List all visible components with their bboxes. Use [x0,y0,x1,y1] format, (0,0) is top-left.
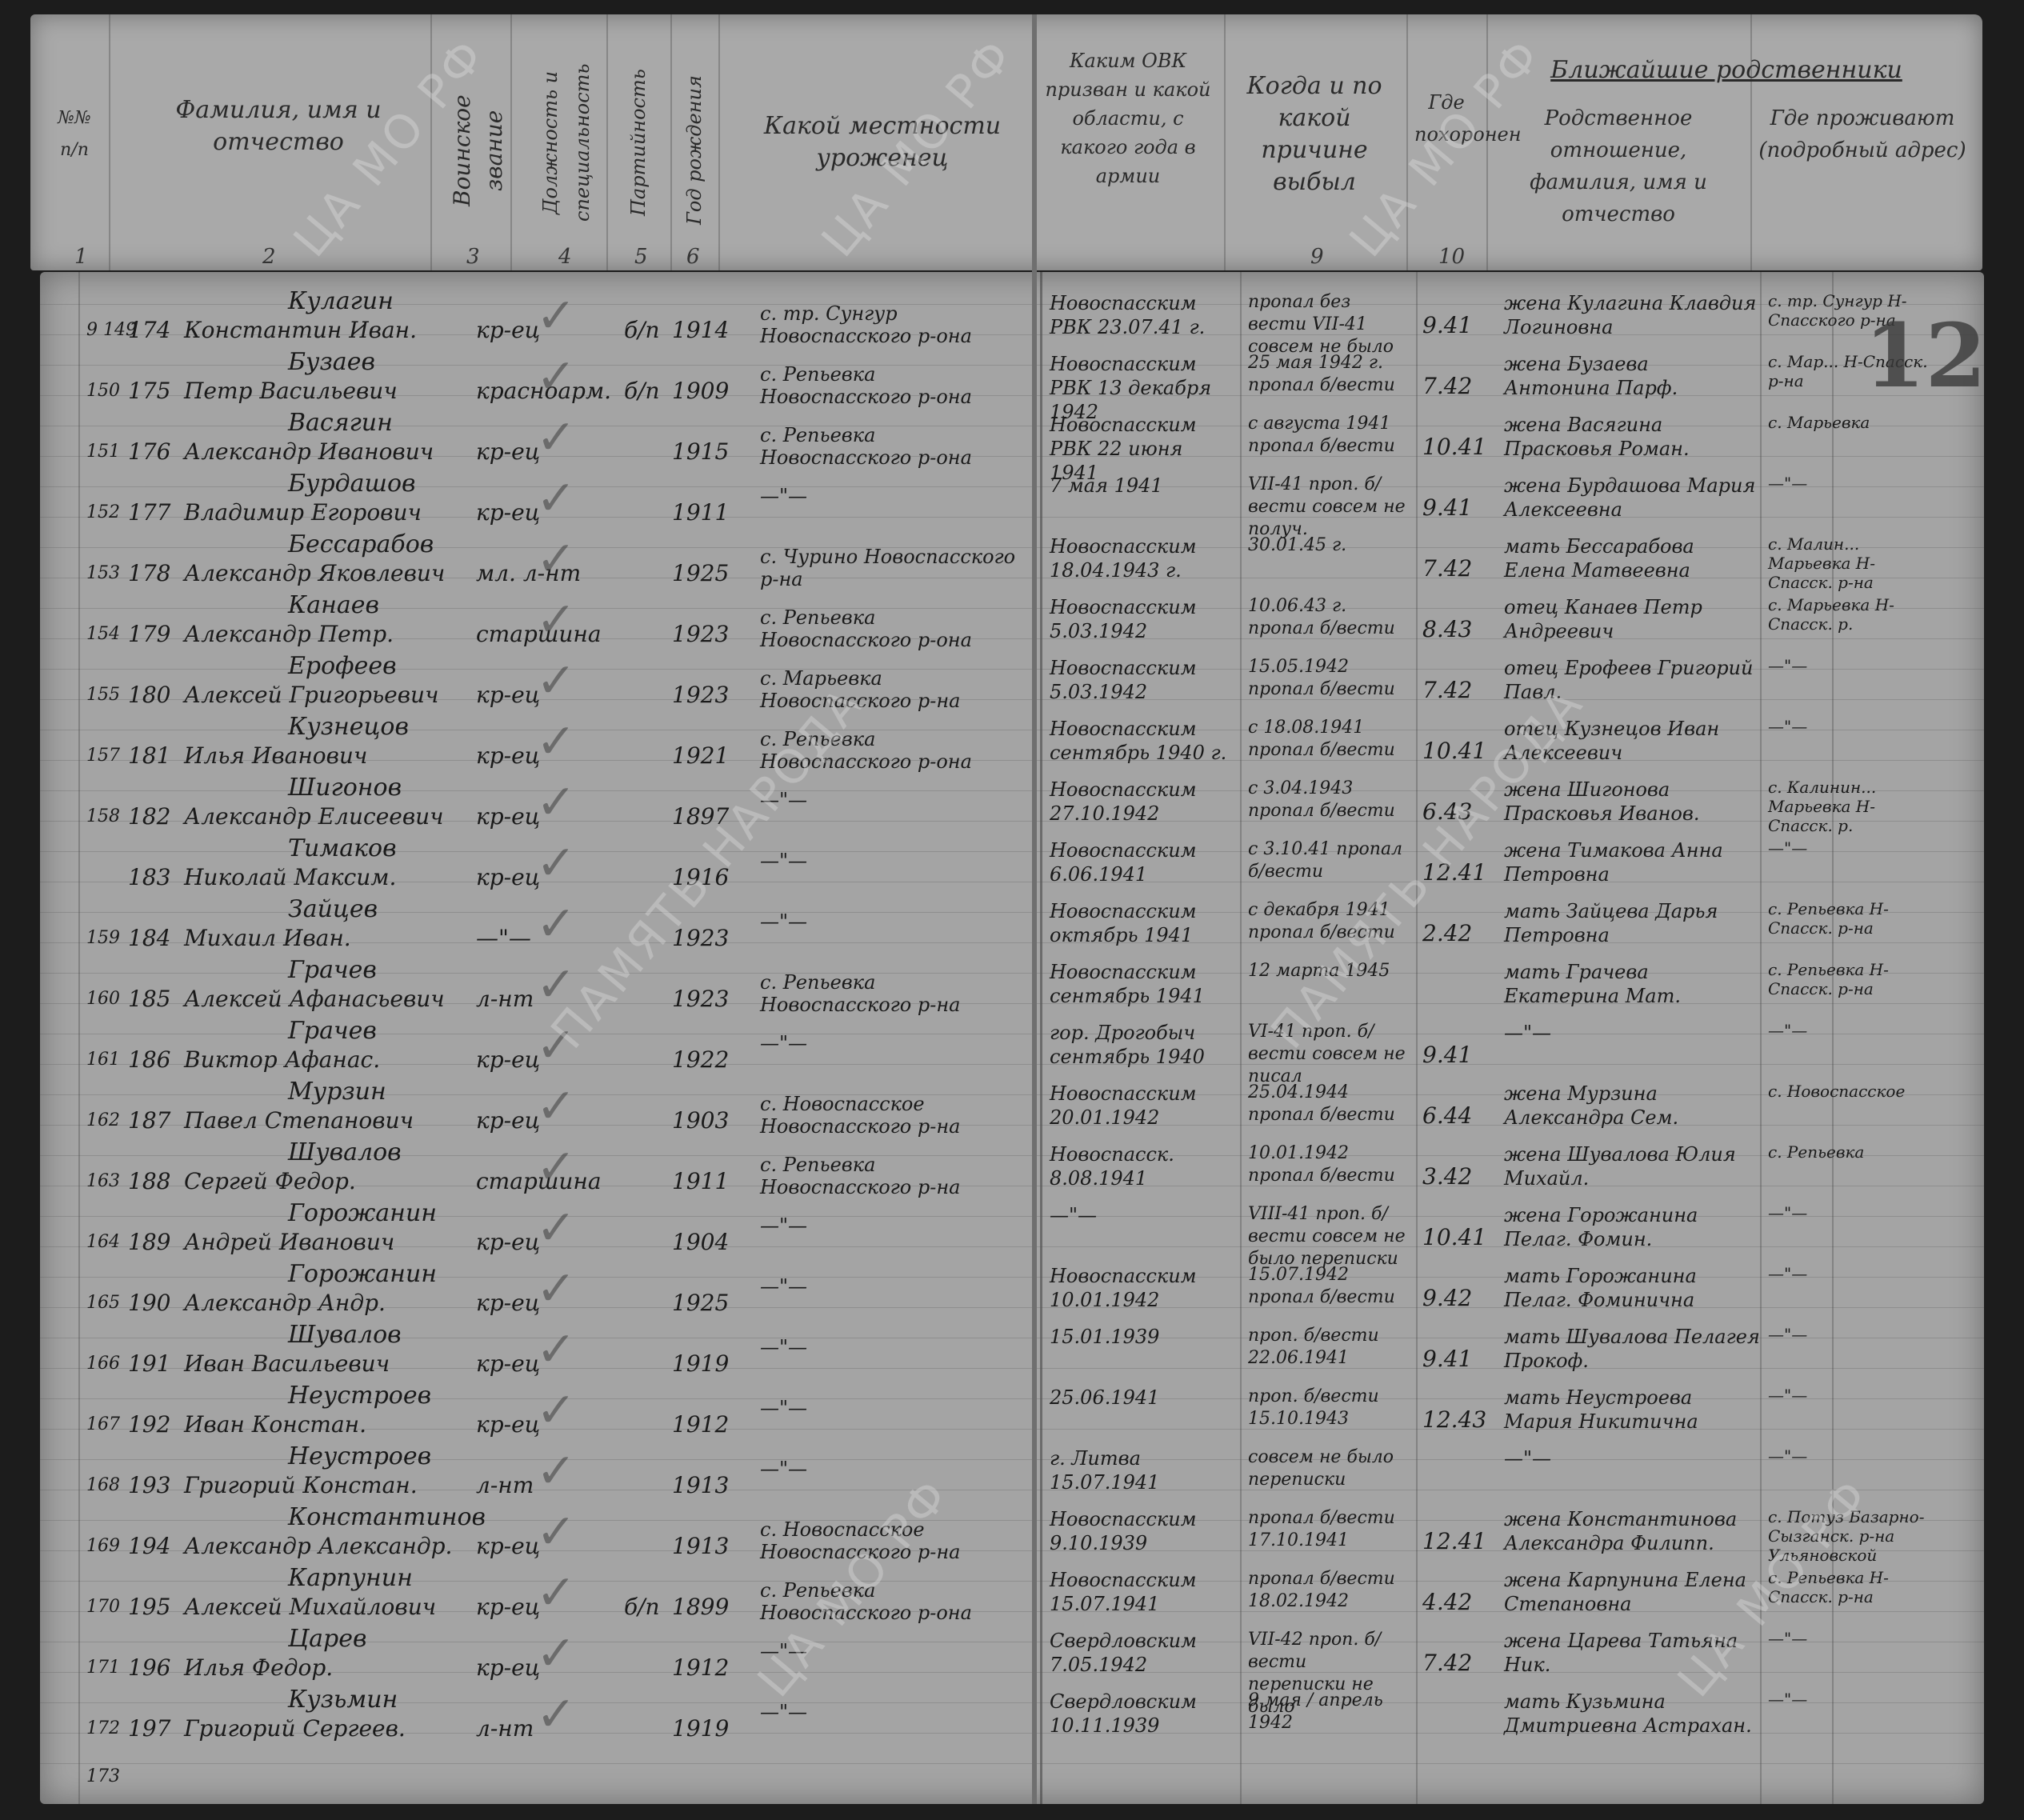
fate: проп. б/вести 22.06.1941 [1248,1325,1408,1370]
register-row: 167 192 Неустроев Иван Констан. кр-ец 19… [40,1382,1984,1440]
fate: пропал б/вести 17.10.1941 [1248,1507,1408,1552]
entry-number: 191 [128,1350,170,1378]
address: —"— [1768,1264,1936,1283]
first-patronymic: Александр Андр. [184,1290,386,1317]
ovk: Новоспасским 15.07.1941 [1050,1568,1234,1616]
birth-year: 1912 [672,1411,729,1438]
party: б/п [624,378,660,405]
birth-year: 1913 [672,1533,729,1560]
fate: пропал б/вести 18.02.1942 [1248,1568,1408,1613]
birth-year: 1922 [672,1046,729,1074]
margin-note: 170 [86,1594,120,1621]
rank: кр-ец [476,1290,540,1317]
surname: Шувалов [288,1322,402,1349]
ovk: —"— [1050,1203,1234,1227]
birth-year: 1899 [672,1594,729,1621]
check-mark-icon: ✓ [536,835,576,891]
check-mark-icon: ✓ [536,531,576,587]
origin: с. Репьевка Новоспасского р-она [760,424,1032,469]
surname: Неустроев [288,1382,431,1410]
origin: —"— [760,850,1032,872]
column-number: 3 [466,245,480,269]
first-patronymic: Григорий Сергеев. [184,1715,406,1742]
margin-note: 159 [86,925,120,952]
header-col-ovk: Каким ОВК призван и какой области, с как… [1040,46,1216,190]
date-out: 9.42 [1422,1285,1472,1312]
rank: кр-ец [476,864,540,891]
fate: 15.05.1942 пропал б/вести [1248,656,1408,701]
ovk: гор. Дрогобыч сентябрь 1940 [1050,1021,1234,1069]
surname: Мурзин [288,1078,386,1106]
ovk: 7 мая 1941 [1050,474,1234,498]
origin: —"— [760,1336,1032,1358]
entry-number: 185 [128,986,170,1013]
check-mark-icon: ✓ [536,592,576,648]
origin: с. тр. Сунгур Новоспасского р-она [760,302,1032,347]
column-number: 9 [1310,245,1324,269]
first-patronymic: Андрей Иванович [184,1229,394,1256]
check-mark-icon: ✓ [536,1686,576,1742]
origin: с. Репьевка Новоспасского р-на [760,1154,1032,1198]
birth-year: 1912 [672,1654,729,1682]
address: —"— [1768,1203,1936,1222]
party: б/п [624,1594,660,1621]
rank: кр-ец [476,438,540,466]
register-row: 159 184 Зайцев Михаил Иван. —"— 1923 —"—… [40,896,1984,954]
relative: мать Шувалова Пелагея Прокоф. [1504,1325,1760,1373]
ovk: Новоспасским 10.01.1942 [1050,1264,1234,1312]
relative: жена Кулагина Клавдия Логиновна [1504,291,1760,339]
entry-number: 196 [128,1654,170,1682]
date-out: 12.43 [1422,1406,1486,1434]
first-patronymic: Владимир Егорович [184,499,422,526]
rank: кр-ец [476,682,540,709]
origin: с. Репьевка Новоспасского р-она [760,1579,1032,1624]
margin-note: 158 [86,803,120,830]
check-mark-icon: ✓ [536,714,576,770]
header-relatives-group: Ближайшие родственники [1502,54,1950,86]
birth-year: 1916 [672,864,729,891]
column-number: 1 [74,245,88,269]
register-row: 157 181 Кузнецов Илья Иванович кр-ец 192… [40,714,1984,771]
check-mark-icon: ✓ [536,1382,576,1438]
relative: жена Царева Татьяна Ник. [1504,1629,1760,1677]
first-patronymic: Александр Яковлевич [184,560,445,587]
margin-note: 162 [86,1107,120,1134]
date-out: 3.42 [1422,1163,1472,1190]
register-row: 155 180 Ерофеев Алексей Григорьевич кр-е… [40,653,1984,710]
entry-number: 187 [128,1107,170,1134]
ovk: 25.06.1941 [1050,1386,1234,1410]
birth-year: 1923 [672,925,729,952]
page-number-stamp: 12 [1864,304,1986,407]
page-fold [1032,14,1037,1804]
header-col-birth-year: Год рождения [678,62,710,238]
relative: мать Бессарабова Елена Матвеевна [1504,534,1760,582]
column-number: 5 [634,245,648,269]
address: —"— [1768,1629,1936,1648]
entry-number: 184 [128,925,170,952]
fate: 25.04.1944 пропал б/вести [1248,1082,1408,1126]
relative: жена Шигонова Прасковья Иванов. [1504,778,1760,826]
origin: —"— [760,1458,1032,1480]
check-mark-icon: ✓ [536,470,576,526]
check-mark-icon: ✓ [536,349,576,405]
address: —"— [1768,474,1936,493]
fate: 10.01.1942 пропал б/вести [1248,1142,1408,1187]
ovk: Новоспасским 18.04.1943 г. [1050,534,1234,582]
register-row: 151 176 Васягин Александр Иванович кр-ец… [40,410,1984,467]
header-col-origin: Какой местности уроженец [750,110,1014,174]
origin: —"— [760,1032,1032,1054]
entry-number: 175 [128,378,170,405]
address: —"— [1768,1446,1936,1466]
date-out: 10.41 [1422,1224,1486,1251]
address: с. Репьевка Н-Спасск. р-на [1768,960,1936,998]
first-patronymic: Иван Констан. [184,1411,366,1438]
entry-number: 179 [128,621,170,648]
relative: —"— [1504,1446,1760,1470]
ovk: Свердловским 10.11.1939 [1050,1690,1234,1738]
register-row: 165 190 Горожанин Александр Андр. кр-ец … [40,1261,1984,1318]
surname: Царев [288,1626,366,1653]
entry-number: 193 [128,1472,170,1499]
check-mark-icon: ✓ [536,410,576,466]
margin-note: 163 [86,1168,120,1195]
register-row: 166 191 Шувалов Иван Васильевич кр-ец 19… [40,1322,1984,1379]
origin: с. Новоспасское Новоспасского р-на [760,1093,1032,1138]
header-col-relative: Родственное отношение, фамилия, имя и от… [1494,102,1742,230]
check-mark-icon: ✓ [536,1504,576,1560]
date-out: 7.42 [1422,1650,1472,1677]
origin: с. Чурино Новоспасского р-на [760,546,1032,590]
origin: —"— [760,1640,1032,1662]
surname: Шигонов [288,774,402,802]
date-out: 7.42 [1422,677,1472,704]
check-mark-icon: ✓ [536,1443,576,1499]
margin-note: 161 [86,1046,120,1074]
rank: кр-ец [476,1350,540,1378]
header-col-position: Должность и специальность [534,46,598,238]
header-sheet: №№ п/п Фамилия, имя и отчество Воинское … [30,14,1982,270]
address: с. Репьевка Н-Спасск. р-на [1768,899,1936,938]
relative: жена Шувалова Юлия Михайл. [1504,1142,1760,1190]
register-row: 168 193 Неустроев Григорий Констан. л-нт… [40,1443,1984,1501]
fate: 25 мая 1942 г. пропал б/вести [1248,352,1408,397]
register-row: 171 196 Царев Илья Федор. кр-ец 1912 —"—… [40,1626,1984,1683]
register-row: 160 185 Грачев Алексей Афанасьевич л-нт … [40,957,1984,1014]
surname: Горожанин [288,1261,437,1288]
register-row: 169 194 Константинов Александр Александр… [40,1504,1984,1562]
surname: Тимаков [288,835,397,862]
origin: —"— [760,1397,1032,1419]
date-out: 6.43 [1422,798,1472,826]
fate: с августа 1941 пропал б/вести [1248,413,1408,458]
address: —"— [1768,1325,1936,1344]
birth-year: 1914 [672,317,729,344]
header-col-name: Фамилия, имя и отчество [142,94,414,158]
surname: Бессарабов [288,531,434,558]
rank: кр-ец [476,1229,540,1256]
ovk: Новоспасским 20.01.1942 [1050,1082,1234,1130]
surname: Кузьмин [288,1686,398,1714]
surname: Горожанин [288,1200,437,1227]
surname: Канаев [288,592,379,619]
rank: л-нт [476,1472,534,1499]
first-patronymic: Константин Иван. [184,317,417,344]
relative: мать Кузьмина Дмитриевна Астрахан. [1504,1690,1760,1738]
birth-year: 1923 [672,986,729,1013]
check-mark-icon: ✓ [536,1018,576,1074]
column-number: 4 [558,245,572,269]
column-number: 10 [1438,245,1465,269]
origin: с. Репьевка Новоспасского р-на [760,971,1032,1016]
entry-number: 174 [128,317,170,344]
party: б/п [624,317,660,344]
address: с. Марьевка Н-Спасск. р. [1768,595,1936,634]
first-patronymic: Николай Максим. [184,864,396,891]
ovk: Новоспасским октябрь 1941 [1050,899,1234,947]
register-row: 172 197 Кузьмин Григорий Сергеев. л-нт 1… [40,1686,1984,1744]
origin: —"— [760,789,1032,811]
first-patronymic: Алексей Михайлович [184,1594,436,1621]
margin-note: 168 [86,1472,120,1499]
relative: жена Васягина Прасковья Роман. [1504,413,1760,461]
relative: жена Тимакова Анна Петровна [1504,838,1760,886]
header-col-fate: Когда и по какой причине выбыл [1230,70,1398,198]
date-out: 9.41 [1422,1346,1472,1373]
date-out: 7.42 [1422,555,1472,582]
check-mark-icon: ✓ [536,1565,576,1621]
rank: кр-ец [476,1594,540,1621]
register-row: 183 Тимаков Николай Максим. кр-ец 1916 —… [40,835,1984,893]
birth-year: 1925 [672,1290,729,1317]
first-patronymic: Виктор Афанас. [184,1046,380,1074]
birth-year: 1921 [672,742,729,770]
check-mark-icon: ✓ [536,896,576,952]
first-patronymic: Алексей Афанасьевич [184,986,445,1013]
origin: с. Новоспасское Новоспасского р-на [760,1518,1032,1563]
register-row: 161 186 Грачев Виктор Афанас. кр-ец 1922… [40,1018,1984,1075]
column-number: 6 [686,245,700,269]
date-out: 2.42 [1422,920,1472,947]
entry-number: 197 [128,1715,170,1742]
margin-note: 152 [86,499,120,526]
margin-note: 164 [86,1229,120,1256]
ovk: Новоспасским РВК 23.07.41 г. [1050,291,1234,339]
margin-note: 173 [86,1763,120,1790]
rank: кр-ец [476,317,540,344]
date-out: 9.41 [1422,1042,1472,1069]
surname: Ерофеев [288,653,397,680]
rank: кр-ец [476,1654,540,1682]
origin: с. Репьевка Новоспасского р-она [760,728,1032,773]
margin-note: 160 [86,986,120,1013]
entry-number: 177 [128,499,170,526]
column-number: 2 [262,245,276,269]
date-out: 7.42 [1422,373,1472,400]
rank: кр-ец [476,499,540,526]
fate: 9 мая / апрель 1942 [1248,1690,1408,1734]
margin-note: 150 [86,378,120,405]
address: с. Потуз Базарно-Сызганск. р-на Ульяновс… [1768,1507,1936,1565]
entry-number: 176 [128,438,170,466]
margin-note: 154 [86,621,120,648]
first-patronymic: Петр Васильевич [184,378,398,405]
margin-note: 151 [86,438,120,466]
address: —"— [1768,717,1936,736]
date-out: 8.43 [1422,616,1472,643]
surname: Васягин [288,410,393,437]
margin-note: 157 [86,742,120,770]
entry-number: 194 [128,1533,170,1560]
surname: Кузнецов [288,714,409,741]
date-out: 9.41 [1422,494,1472,522]
first-patronymic: Александр Елисеевич [184,803,444,830]
address: —"— [1768,656,1936,675]
birth-year: 1923 [672,682,729,709]
ovk: Новоспасским 9.10.1939 [1050,1507,1234,1555]
relative: жена Карпунина Елена Степановна [1504,1568,1760,1616]
check-mark-icon: ✓ [536,1200,576,1256]
first-patronymic: Сергей Федор. [184,1168,356,1195]
origin: —"— [760,910,1032,933]
date-out: 4.42 [1422,1589,1472,1616]
address: —"— [1768,1386,1936,1405]
origin: с. Марьевка Новоспасского р-на [760,667,1032,712]
rank: кр-ец [476,1107,540,1134]
ovk: г. Литва 15.07.1941 [1050,1446,1234,1494]
register-row: 163 188 Шувалов Сергей Федор. старшина 1… [40,1139,1984,1197]
date-out: 12.41 [1422,1528,1486,1555]
header-col-address: Где проживают (подробный адрес) [1758,102,1966,166]
fate: совсем не было переписки [1248,1446,1408,1491]
birth-year: 1904 [672,1229,729,1256]
address: —"— [1768,1021,1936,1040]
register-row: 164 189 Горожанин Андрей Иванович кр-ец … [40,1200,1984,1258]
rank: кр-ец [476,1411,540,1438]
origin: —"— [760,485,1032,507]
relative: жена Горожанина Пелаг. Фомин. [1504,1203,1760,1251]
date-out: 12.41 [1422,859,1486,886]
margin-note: 153 [86,560,120,587]
birth-year: 1909 [672,378,729,405]
address: с. Новоспасское [1768,1082,1936,1101]
address: —"— [1768,838,1936,858]
header-col-number: №№ п/п [46,102,102,166]
entry-number: 186 [128,1046,170,1074]
date-out: 10.41 [1422,434,1486,461]
relative: отец Кузнецов Иван Алексеевич [1504,717,1760,765]
entry-number: 180 [128,682,170,709]
relative: жена Мурзина Александра Сем. [1504,1082,1760,1130]
first-patronymic: Алексей Григорьевич [184,682,439,709]
fate: 10.06.43 г. пропал б/вести [1248,595,1408,640]
first-patronymic: Илья Федор. [184,1654,333,1682]
ovk: Новоспасским 27.10.1942 [1050,778,1234,826]
origin: —"— [760,1275,1032,1298]
check-mark-icon: ✓ [536,1322,576,1378]
register-row: 162 187 Мурзин Павел Степанович кр-ец 19… [40,1078,1984,1136]
rank: —"— [476,925,531,952]
birth-year: 1915 [672,438,729,466]
entry-number: 192 [128,1411,170,1438]
surname: Зайцев [288,896,378,923]
fate: с 3.10.41 пропал б/вести [1248,838,1408,883]
rank: кр-ец [476,1533,540,1560]
check-mark-icon: ✓ [536,288,576,344]
address: с. Калинин... Марьевка Н-Спасск. р. [1768,778,1936,835]
birth-year: 1925 [672,560,729,587]
surname: Шувалов [288,1139,402,1166]
surname: Кулагин [288,288,394,315]
relative: жена Бузаева Антонина Парф. [1504,352,1760,400]
entry-number: 181 [128,742,170,770]
rank: кр-ец [476,1046,540,1074]
address: —"— [1768,1690,1936,1709]
register-row: 152 177 Бурдашов Владимир Егорович кр-ец… [40,470,1984,528]
rank: л-нт [476,986,534,1013]
rank: л-нт [476,1715,534,1742]
surname: Карпунин [288,1565,413,1592]
check-mark-icon: ✓ [536,653,576,709]
relative: отец Канаев Петр Андреевич [1504,595,1760,643]
date-out: 10.41 [1422,738,1486,765]
origin: с. Репьевка Новоспасского р-она [760,606,1032,651]
header-col-burial: Где похоронен [1414,86,1478,150]
birth-year: 1923 [672,621,729,648]
margin-note: 155 [86,682,120,709]
check-mark-icon: ✓ [536,957,576,1013]
ovk: Новоспасск. 8.08.1941 [1050,1142,1234,1190]
fate: с декабря 1941 пропал б/вести [1248,899,1408,944]
register-sheet: 9 149 174 Кулагин Константин Иван. кр-ец… [40,272,1984,1804]
relative: —"— [1504,1021,1760,1045]
birth-year: 1911 [672,499,729,526]
first-patronymic: Григорий Констан. [184,1472,418,1499]
address: с. Репьевка [1768,1142,1936,1162]
ovk: 15.01.1939 [1050,1325,1234,1349]
margin-note: 169 [86,1533,120,1560]
address: с. Малин... Марьевка Н-Спасск. р-на [1768,534,1936,592]
ovk: Свердловским 7.05.1942 [1050,1629,1234,1677]
header-col-party: Партийность [622,46,654,238]
margin-note: 172 [86,1715,120,1742]
origin: —"— [760,1214,1032,1237]
date-out: 6.44 [1422,1102,1472,1130]
register-row: 158 182 Шигонов Александр Елисеевич кр-е… [40,774,1984,832]
register-row: 9 149 174 Кулагин Константин Иван. кр-ец… [40,288,1984,346]
address: с. Марьевка [1768,413,1936,432]
date-out: 9.41 [1422,312,1472,339]
birth-year: 1903 [672,1107,729,1134]
register-row: 150 175 Бузаев Петр Васильевич красноарм… [40,349,1984,406]
first-patronymic: Иван Васильевич [184,1350,390,1378]
relative: жена Константинова Александра Филипп. [1504,1507,1760,1555]
margin-note: 166 [86,1350,120,1378]
ovk: Новоспасским 5.03.1942 [1050,656,1234,704]
birth-year: 1919 [672,1715,729,1742]
ovk: Новоспасским 5.03.1942 [1050,595,1234,643]
surname: Грачев [288,1018,377,1045]
relative: мать Зайцева Дарья Петровна [1504,899,1760,947]
check-mark-icon: ✓ [536,1626,576,1682]
surname: Бурдашов [288,470,416,498]
margin-note: 171 [86,1654,120,1682]
first-patronymic: Александр Александр. [184,1533,452,1560]
first-patronymic: Илья Иванович [184,742,367,770]
entry-number: 188 [128,1168,170,1195]
